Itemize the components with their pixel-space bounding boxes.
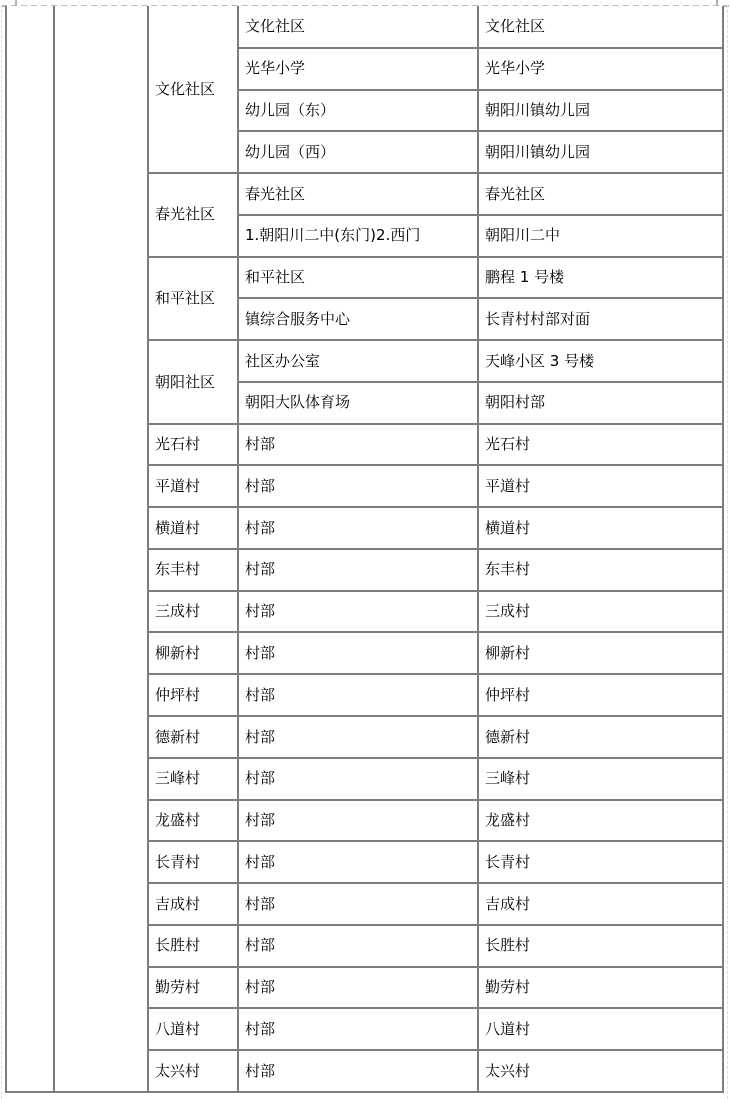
location-cell: 幼儿园（东） (238, 90, 478, 132)
location-cell: 村部 (238, 967, 478, 1009)
location-cell: 村部 (238, 716, 478, 758)
location-cell: 村部 (238, 800, 478, 842)
page-left-boundary-dashed-line (1, 5, 2, 1099)
area-name-cell: 八道村 (148, 1008, 238, 1050)
location-cell: 朝阳大队体育场 (238, 382, 478, 424)
site-cell: 文化社区 (478, 6, 723, 48)
area-name-cell: 三峰村 (148, 758, 238, 800)
area-name-cell: 春光社区 (148, 173, 238, 257)
location-cell: 村部 (238, 632, 478, 674)
site-cell: 柳新村 (478, 632, 723, 674)
site-cell: 平道村 (478, 465, 723, 507)
area-name-cell: 长胜村 (148, 925, 238, 967)
polling-sites-table: 文化社区文化社区文化社区光华小学光华小学幼儿园（东）朝阳川镇幼儿园幼儿园（西）朝… (5, 6, 724, 1093)
area-name-cell: 仲坪村 (148, 674, 238, 716)
area-name-cell: 三成村 (148, 591, 238, 633)
area-name-cell: 朝阳社区 (148, 340, 238, 424)
site-cell: 朝阳川镇幼儿园 (478, 131, 723, 173)
site-cell: 鹏程 1 号楼 (478, 257, 723, 299)
location-cell: 村部 (238, 1050, 478, 1092)
location-cell: 春光社区 (238, 173, 478, 215)
location-cell: 村部 (238, 1008, 478, 1050)
site-cell: 长青村村部对面 (478, 298, 723, 340)
site-cell: 光华小学 (478, 48, 723, 90)
area-name-cell: 横道村 (148, 507, 238, 549)
site-cell: 春光社区 (478, 173, 723, 215)
area-name-cell: 太兴村 (148, 1050, 238, 1092)
area-name-cell: 光石村 (148, 424, 238, 466)
location-cell: 社区办公室 (238, 340, 478, 382)
location-cell: 光华小学 (238, 48, 478, 90)
location-cell: 镇综合服务中心 (238, 298, 478, 340)
site-cell: 仲坪村 (478, 674, 723, 716)
site-cell: 龙盛村 (478, 800, 723, 842)
location-cell: 1.朝阳川二中(东门)2.西门 (238, 215, 478, 257)
empty-left-column-cell-2 (54, 6, 148, 1092)
site-cell: 横道村 (478, 507, 723, 549)
area-name-cell: 平道村 (148, 465, 238, 507)
site-cell: 三峰村 (478, 758, 723, 800)
site-cell: 三成村 (478, 591, 723, 633)
site-cell: 朝阳川二中 (478, 215, 723, 257)
site-cell: 朝阳川镇幼儿园 (478, 90, 723, 132)
site-cell: 朝阳村部 (478, 382, 723, 424)
table-body: 文化社区文化社区文化社区光华小学光华小学幼儿园（东）朝阳川镇幼儿园幼儿园（西）朝… (6, 6, 723, 1092)
empty-left-column-cell-1 (6, 6, 54, 1092)
site-cell: 光石村 (478, 424, 723, 466)
area-name-cell: 东丰村 (148, 549, 238, 591)
location-cell: 幼儿园（西） (238, 131, 478, 173)
location-cell: 村部 (238, 883, 478, 925)
location-cell: 村部 (238, 758, 478, 800)
site-cell: 德新村 (478, 716, 723, 758)
area-name-cell: 龙盛村 (148, 800, 238, 842)
area-name-cell: 勤劳村 (148, 967, 238, 1009)
site-cell: 长青村 (478, 841, 723, 883)
area-name-cell: 和平社区 (148, 257, 238, 341)
location-cell: 文化社区 (238, 6, 478, 48)
location-cell: 和平社区 (238, 257, 478, 299)
location-cell: 村部 (238, 465, 478, 507)
location-cell: 村部 (238, 507, 478, 549)
location-cell: 村部 (238, 424, 478, 466)
location-cell: 村部 (238, 591, 478, 633)
site-cell: 长胜村 (478, 925, 723, 967)
location-cell: 村部 (238, 674, 478, 716)
page-right-boundary-dashed-line (727, 5, 728, 1099)
site-cell: 天峰小区 3 号楼 (478, 340, 723, 382)
location-cell: 村部 (238, 549, 478, 591)
site-cell: 太兴村 (478, 1050, 723, 1092)
area-name-cell: 文化社区 (148, 6, 238, 173)
site-cell: 吉成村 (478, 883, 723, 925)
site-cell: 勤劳村 (478, 967, 723, 1009)
area-name-cell: 柳新村 (148, 632, 238, 674)
location-cell: 村部 (238, 925, 478, 967)
location-cell: 村部 (238, 841, 478, 883)
site-cell: 八道村 (478, 1008, 723, 1050)
site-cell: 东丰村 (478, 549, 723, 591)
area-name-cell: 长青村 (148, 841, 238, 883)
area-name-cell: 德新村 (148, 716, 238, 758)
area-name-cell: 吉成村 (148, 883, 238, 925)
